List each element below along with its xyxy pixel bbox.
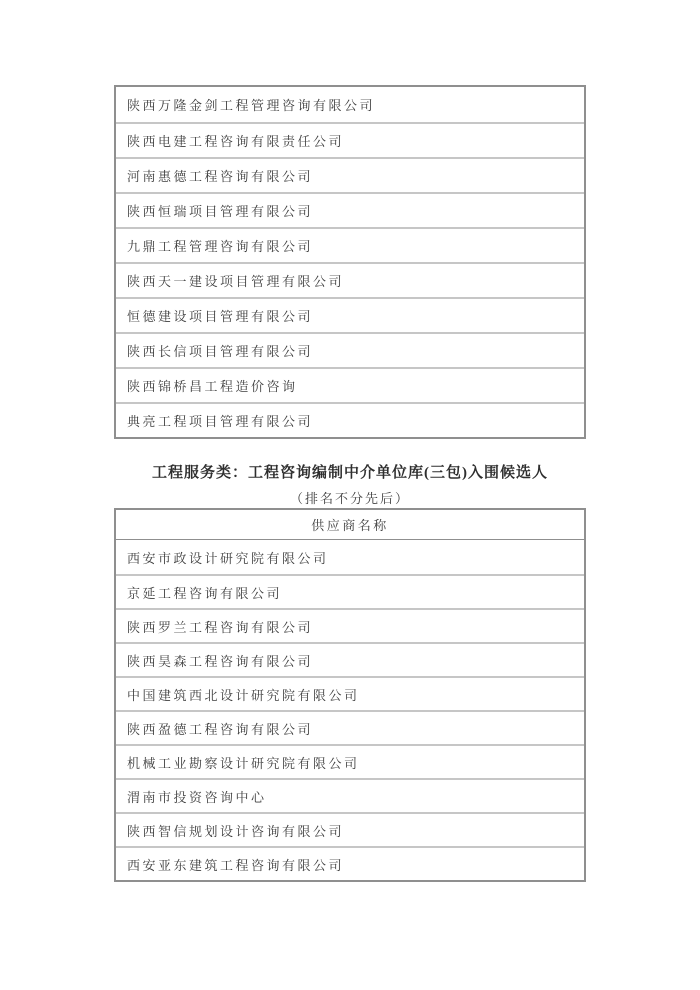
supplier-table-1: 陕西万隆金剑工程管理咨询有限公司 陕西电建工程咨询有限责任公司 河南惠德工程咨询… (114, 85, 586, 439)
company-name: 陕西锦桥昌工程造价咨询 (127, 376, 298, 395)
table-row: 陕西昊森工程咨询有限公司 (116, 642, 584, 676)
company-name: 机械工业勘察设计研究院有限公司 (127, 753, 360, 772)
table-row: 陕西天一建设项目管理有限公司 (116, 262, 584, 297)
supplier-table-2: 供应商名称 西安市政设计研究院有限公司 京延工程咨询有限公司 陕西罗兰工程咨询有… (114, 508, 586, 882)
table-row: 九鼎工程管理咨询有限公司 (116, 227, 584, 262)
company-name: 西安亚东建筑工程咨询有限公司 (127, 855, 344, 874)
company-name: 陕西万隆金剑工程管理咨询有限公司 (127, 95, 375, 114)
table-row: 陕西万隆金剑工程管理咨询有限公司 (116, 87, 584, 122)
company-name: 陕西恒瑞项目管理有限公司 (127, 201, 313, 220)
company-name: 陕西罗兰工程咨询有限公司 (127, 617, 313, 636)
company-name: 渭南市投资咨询中心 (127, 787, 267, 806)
company-name: 西安市政设计研究院有限公司 (127, 548, 329, 567)
company-name: 恒德建设项目管理有限公司 (127, 306, 313, 325)
table-row: 陕西长信项目管理有限公司 (116, 332, 584, 367)
company-name: 陕西智信规划设计咨询有限公司 (127, 821, 344, 840)
company-name: 京延工程咨询有限公司 (127, 583, 282, 602)
company-name: 陕西昊森工程咨询有限公司 (127, 651, 313, 670)
table-row: 典亮工程项目管理有限公司 (116, 402, 584, 437)
table-row: 中国建筑西北设计研究院有限公司 (116, 676, 584, 710)
table-row: 陕西智信规划设计咨询有限公司 (116, 812, 584, 846)
company-name: 九鼎工程管理咨询有限公司 (127, 236, 313, 255)
table-row: 陕西恒瑞项目管理有限公司 (116, 192, 584, 227)
column-header-label: 供应商名称 (311, 515, 389, 534)
company-name: 中国建筑西北设计研究院有限公司 (127, 685, 360, 704)
table-row: 京延工程咨询有限公司 (116, 574, 584, 608)
company-name: 陕西长信项目管理有限公司 (127, 341, 313, 360)
table-row: 陕西罗兰工程咨询有限公司 (116, 608, 584, 642)
company-name: 陕西电建工程咨询有限责任公司 (127, 131, 344, 150)
table-row: 陕西锦桥昌工程造价咨询 (116, 367, 584, 402)
table-row: 西安亚东建筑工程咨询有限公司 (116, 846, 584, 880)
company-name: 典亮工程项目管理有限公司 (127, 411, 313, 430)
company-name: 陕西天一建设项目管理有限公司 (127, 271, 344, 290)
document-page: { "page": { "background": "#ffffff", "te… (0, 0, 700, 990)
table-row: 恒德建设项目管理有限公司 (116, 297, 584, 332)
table-row: 陕西盈德工程咨询有限公司 (116, 710, 584, 744)
table-row: 陕西电建工程咨询有限责任公司 (116, 122, 584, 157)
table-row: 机械工业勘察设计研究院有限公司 (116, 744, 584, 778)
company-name: 陕西盈德工程咨询有限公司 (127, 719, 313, 738)
table-row: 西安市政设计研究院有限公司 (116, 540, 584, 574)
table-row: 渭南市投资咨询中心 (116, 778, 584, 812)
company-name: 河南惠德工程咨询有限公司 (127, 166, 313, 185)
table-header: 供应商名称 (116, 510, 584, 540)
table-row: 河南惠德工程咨询有限公司 (116, 157, 584, 192)
section-subtitle: （排名不分先后） (0, 488, 700, 507)
section-title: 工程服务类：工程咨询编制中介单位库(三包)入围候选人 (0, 461, 700, 482)
